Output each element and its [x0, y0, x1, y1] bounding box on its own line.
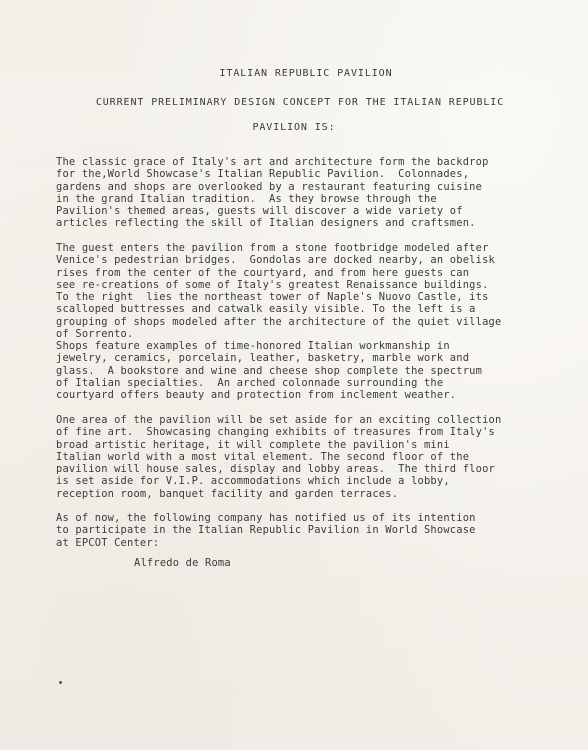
- document-subtitle: CURRENT PRELIMINARY DESIGN CONCEPT FOR T…: [6, 97, 588, 108]
- paragraph-fine-art: One area of the pavilion will be set asi…: [56, 414, 501, 500]
- document-title: ITALIAN REPUBLIC PAVILION: [12, 68, 588, 79]
- paragraph-intro: The classic grace of Italy's art and arc…: [56, 156, 489, 230]
- paragraph-shops: Shops feature examples of time-honored I…: [56, 340, 482, 401]
- document-page: ITALIAN REPUBLIC PAVILION CURRENT PRELIM…: [0, 0, 588, 750]
- participant-company: Alfredo de Roma: [134, 557, 231, 569]
- document-subtitle-continued: PAVILION IS:: [0, 122, 588, 133]
- paragraph-participants: As of now, the following company has not…: [56, 512, 476, 549]
- paragraph-guest-entry: The guest enters the pavilion from a sto…: [56, 242, 501, 340]
- paper-speck: [59, 681, 62, 684]
